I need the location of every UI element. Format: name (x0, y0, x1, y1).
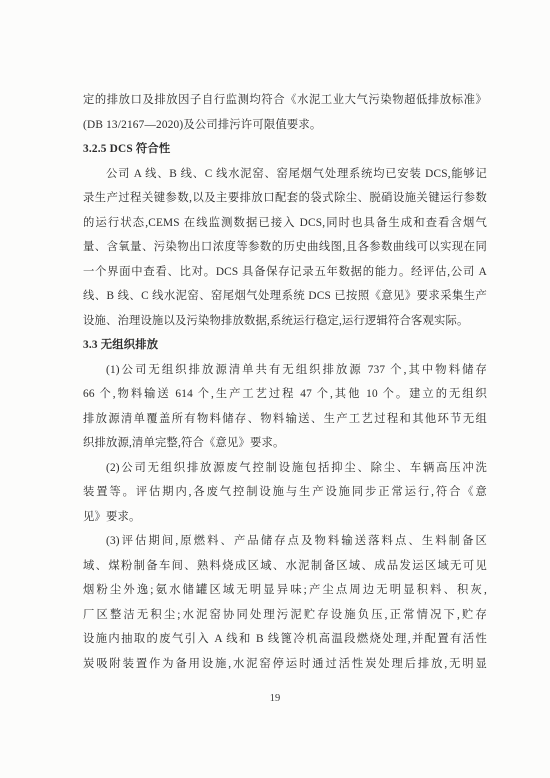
text-line: 域、煤粉制备车间、熟料烧成区域、水泥制备区域、成品发运区域无可见 (83, 554, 487, 579)
text-line: (DB 13/2167—2020)及公司排污许可限值要求。 (83, 113, 487, 138)
text-line: 见》要求。 (83, 505, 487, 530)
text-line: 3.2.5 DCS 符合性 (83, 137, 487, 162)
text-line: 设施、治理设施以及污染物排放数据,系统运行稳定,运行逻辑符合客观实际。 (83, 309, 487, 334)
text-line: (1)公司无组织排放源清单共有无组织排放源 737 个,其中物料储存 (83, 358, 487, 383)
text-line: 排放源清单覆盖所有物料储存、物料输送、生产工艺过程和其他环节无组 (83, 407, 487, 432)
paragraph: 公司 A 线、B 线、C 线水泥窑、窑尾烟气处理系统均已安装 DCS,能够记录生… (83, 162, 487, 334)
paragraph: (2)公司无组织排放源废气控制设施包括抑尘、除尘、车辆高压冲洗装置等。评估期内,… (83, 456, 487, 530)
text-line: (3)评估期间,原燃料、产品储存点及物料输送落料点、生料制备区 (83, 529, 487, 554)
paragraph: 定的排放口及排放因子自行监测均符合《水泥工业大气污染物超低排放标准》(DB 13… (83, 88, 487, 137)
text-line: 量、含氧量、污染物出口浓度等参数的历史曲线图,且各参数曲线可以实现在同 (83, 235, 487, 260)
text-line: 定的排放口及排放因子自行监测均符合《水泥工业大气污染物超低排放标准》 (83, 88, 487, 113)
text-line: 厂区整洁无积尘;水泥窑协同处理污泥贮存设施负压,正常情况下,贮存 (83, 603, 487, 628)
text-line: 66 个,物料输送 614 个,生产工艺过程 47 个,其他 10 个。建立的无… (83, 382, 487, 407)
text-line: 录生产过程关键参数,以及主要排放口配套的袋式除尘、脱硝设施关键运行参数 (83, 186, 487, 211)
text-line: 设施内抽取的废气引入 A 线和 B 线篦冷机高温段燃烧处理,并配置有活性 (83, 627, 487, 652)
text-line: 线、B 线、C 线水泥窑、窑尾烟气处理系统 DCS 已按照《意见》要求采集生产 (83, 284, 487, 309)
text-line: 装置等。评估期内,各废气控制设施与生产设施同步正常运行,符合《意 (83, 480, 487, 505)
text-line: 一个界面中查看、比对。DCS 具备保存记录五年数据的能力。经评估,公司 A (83, 260, 487, 285)
section-heading: 3.2.5 DCS 符合性 (83, 137, 487, 162)
text-line: 烟粉尘外逸;氨水储罐区域无明显异味;产尘点周边无明显积料、积灰, (83, 578, 487, 603)
text-line: 3.3 无组织排放 (83, 333, 487, 358)
text-line: 的运行状态,CEMS 在线监测数据已接入 DCS,同时也具备生成和查看含烟气 (83, 211, 487, 236)
section-heading: 3.3 无组织排放 (83, 333, 487, 358)
text-line: (2)公司无组织排放源废气控制设施包括抑尘、除尘、车辆高压冲洗 (83, 456, 487, 481)
text-line: 公司 A 线、B 线、C 线水泥窑、窑尾烟气处理系统均已安装 DCS,能够记 (83, 162, 487, 187)
paragraph: (1)公司无组织排放源清单共有无组织排放源 737 个,其中物料储存66 个,物… (83, 358, 487, 456)
text-line: 炭吸附装置作为备用设施,水泥窑停运时通过活性炭处理后排放,无明显 (83, 652, 487, 677)
page-number: 19 (0, 693, 550, 704)
document-page: 定的排放口及排放因子自行监测均符合《水泥工业大气污染物超低排放标准》(DB 13… (0, 0, 550, 778)
paragraph: (3)评估期间,原燃料、产品储存点及物料输送落料点、生料制备区域、煤粉制备车间、… (83, 529, 487, 676)
document-body: 定的排放口及排放因子自行监测均符合《水泥工业大气污染物超低排放标准》(DB 13… (83, 88, 487, 676)
text-line: 织排放源,清单完整,符合《意见》要求。 (83, 431, 487, 456)
